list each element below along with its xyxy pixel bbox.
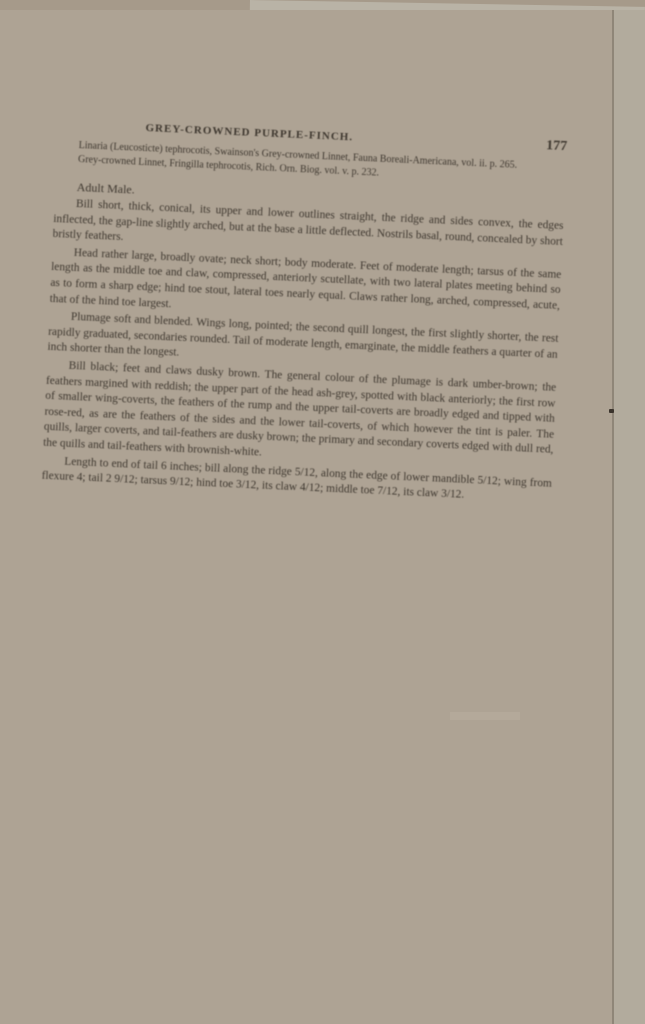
page-number: 177 bbox=[546, 138, 568, 155]
ink-speck bbox=[609, 409, 614, 413]
faded-mark bbox=[450, 712, 520, 720]
page-edge bbox=[612, 10, 645, 1024]
page-text: GREY-CROWNED PURPLE-FINCH. 177 Linaria (… bbox=[41, 116, 567, 507]
